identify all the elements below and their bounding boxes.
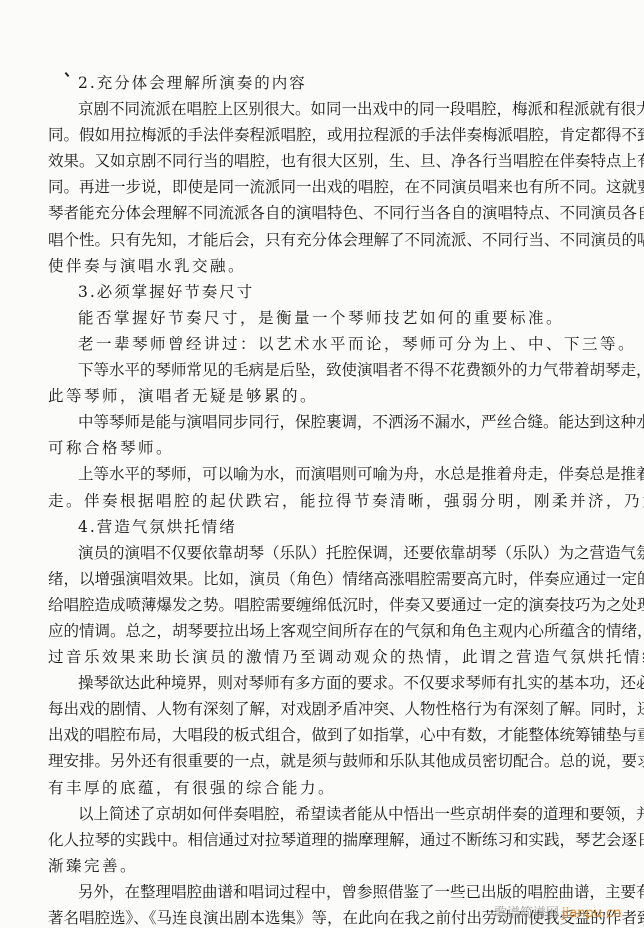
- text-line: 出戏的唱腔布局，大唱段的板式组合，做到了如指掌，心中有数，才能整体统筹铺垫与重点…: [48, 722, 616, 748]
- text-line: 绪，以增强演唱效果。比如，演员（角色）情绪高涨唱腔需要高亢时，伴奏应通过一定的演…: [48, 566, 616, 592]
- text-line: 给唱腔造成喷薄爆发之势。唱腔需要缠绵低沉时，伴奏又要通过一定的演奏技巧为之处理成…: [48, 592, 616, 618]
- text-line: 中等琴师是能与演唱同步同行，保腔裹调，不洒汤不漏水，严丝合缝。能达到这种水平，便: [48, 409, 616, 435]
- watermark-domain: jianpu.cn: [562, 906, 621, 921]
- section-heading: 3.必须掌握好节奏尺寸: [48, 279, 616, 305]
- text-line: 下等水平的琴师常见的毛病是后坠，致使演唱者不得不花费额外的力气带着胡琴走，遭遇: [48, 357, 616, 383]
- text-line: 京剧不同流派在唱腔上区别很大。如同一出戏中的同一段唱腔，梅派和程派就有很大不: [48, 96, 616, 122]
- text-line: 同。再进一步说，即使是同一流派同一出戏的唱腔，在不同演员唱来也有所不同。这就要求…: [48, 174, 616, 200]
- text-line: 以上简述了京胡如何伴奏唱腔，希望读者能从中悟出一些京胡伴奏的道理和要领，并使之: [48, 801, 616, 827]
- document-body: 2.充分体会理解所演奏的内容京剧不同流派在唱腔上区别很大。如同一出戏中的同一段唱…: [48, 70, 616, 928]
- text-line: 效果。又如京剧不同行当的唱腔，也有很大区别，生、旦、净各行当唱腔在伴奏特点上有很…: [48, 148, 616, 174]
- text-line: 老一辈琴师曾经讲过：以艺术水平而论，琴师可分为上、中、下三等。: [48, 331, 616, 357]
- text-line: 此等琴师，演唱者无疑是够累的。: [48, 383, 616, 409]
- text-line: 走。伴奏根据唱腔的起伏跌宕，能拉得节奏清晰，强弱分明，刚柔并济，乃为上品。: [48, 488, 616, 514]
- text-line: 过音乐效果来助长演员的激情乃至调动观众的热情，此谓之营造气氛烘托情绪。: [48, 644, 616, 670]
- watermark: 歌谱简谱网jianpu.cn: [494, 902, 621, 921]
- text-line: 应的情调。总之，胡琴要拉出场上客观空间所存在的气氛和角色主观内心所蕴含的情绪，要…: [48, 618, 616, 644]
- text-line: 操琴欲达此种境界，则对琴师有多方面的要求。不仅要求琴师有扎实的基本功，还必须对: [48, 670, 616, 696]
- text-line: 有丰厚的底蕴，有很强的综合能力。: [48, 775, 616, 801]
- text-line: 化人拉琴的实践中。相信通过对拉琴道理的揣摩理解，通过不断练习和实践，琴艺会逐日提…: [48, 827, 616, 853]
- text-line: 同。假如用拉梅派的手法伴奏程派唱腔，或用拉程派的手法伴奏梅派唱腔，肯定都得不到好…: [48, 122, 616, 148]
- text-line: 唱个性。只有先知，才能后会，只有充分体会理解了不同流派、不同行当、不同演员的唱法…: [48, 227, 616, 253]
- text-line: 渐臻完善。: [48, 853, 616, 879]
- text-line: 能否掌握好节奏尺寸，是衡量一个琴师技艺如何的重要标准。: [48, 305, 616, 331]
- text-line: 上等水平的琴师，可以喻为水，而演唱则可喻为舟，水总是推着舟走，伴奏总是推着演唱: [48, 461, 616, 487]
- text-line: 演员的演唱不仅要依靠胡琴（乐队）托腔保调，还要依靠胡琴（乐队）为之营造气氛烘托情: [48, 540, 616, 566]
- text-line: 使伴奏与演唱水乳交融。: [48, 253, 616, 279]
- text-line: 理安排。另外还有很重要的一点，就是须与鼓师和乐队其他成员密切配合。总的说，要求琴…: [48, 748, 616, 774]
- text-line: 可称合格琴师。: [48, 435, 616, 461]
- text-line: 每出戏的剧情、人物有深刻了解，对戏剧矛盾冲突、人物性格行为有深刻了解。同时，还要…: [48, 696, 616, 722]
- watermark-site-name: 歌谱简谱网: [494, 906, 559, 921]
- text-line: 琴者能充分体会理解不同流派各自的演唱特色、不同行当各自的演唱特点、不同演员各自的…: [48, 200, 616, 226]
- section-heading: 2.充分体会理解所演奏的内容: [48, 70, 616, 96]
- section-heading: 4.营造气氛烘托情绪: [48, 514, 616, 540]
